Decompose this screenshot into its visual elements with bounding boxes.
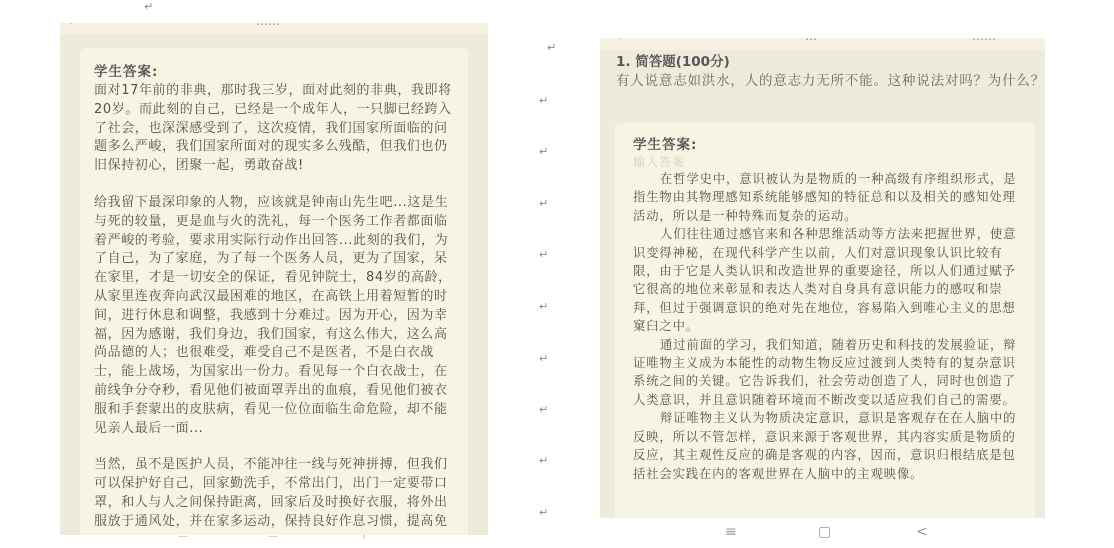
paragraph-mark: ↵ <box>539 404 548 416</box>
paragraph-mark: ↵ <box>539 146 548 158</box>
android-navbar: ≡ ▢ < <box>600 518 1045 548</box>
answer-paragraph: 通过前面的学习，我们知道，随着历史和科技的发展验证，辩证唯物主义成为本能性的动物… <box>633 336 1017 410</box>
left-topbar: ‹ — …… <box>60 23 488 34</box>
topbar-title: … <box>805 38 817 43</box>
left-navbar-cropped: — — ‹ <box>60 535 490 548</box>
answer-paragraph: 给我留下最深印象的人物，应该就是钟南山先生吧...这是生与死的较量，更是血与火的… <box>94 194 454 438</box>
answer-paragraph: 人们往往通过感官来和各种思维活动等方法来把握世界，使意识变得神秘，在现代科学产生… <box>633 225 1017 335</box>
paragraph-mark: ↵ <box>144 1 153 13</box>
student-answer-card: 学生答案: 输入答案 在哲学史中，意识被认为是物质的一种高级有序组织形式，是指生… <box>615 123 1035 518</box>
topbar-title: — …… <box>240 23 280 28</box>
right-question-screenshot: ‹ … …… 1. 简答题(100分) 有人说意志如洪水，人的意志力无所不能。这… <box>600 38 1045 518</box>
back-icon[interactable]: ‹ <box>616 38 621 43</box>
paragraph-mark: ↵ <box>539 198 548 210</box>
answer-input-placeholder[interactable]: 输入答案 <box>633 153 1017 170</box>
paragraph-mark: ↵ <box>539 353 548 365</box>
answer-label: 学生答案: <box>633 133 1017 153</box>
home-icon: — <box>268 531 278 542</box>
answer-paragraph: 在哲学史中，意识被认为是物质的一种高级有序组织形式，是指生物由其物理感知系统能够… <box>633 170 1017 225</box>
paragraph-mark: ↵ <box>539 455 548 467</box>
answer-label: 学生答案: <box>94 60 454 80</box>
back-icon[interactable]: ‹ <box>68 23 73 28</box>
student-answer-card: 学生答案: 面对17年前的非典，那时我三岁，面对此刻的非典，我即将20岁。而此刻… <box>80 48 468 535</box>
back-icon: ‹ <box>362 531 366 542</box>
answer-paragraph: 辩证唯物主义认为物质决定意识，意识是客观存在在人脑中的反映，所以不管怎样，意识来… <box>633 409 1017 483</box>
right-topbar: ‹ … …… <box>600 38 1045 50</box>
answer-paragraph: 当然，虽不是医护人员，不能冲往一线与死神拼搏，但我们可以保护好自己，回家勤洗手，… <box>94 456 454 531</box>
paragraph-mark: ↵ <box>539 507 548 519</box>
answer-paragraph: 面对17年前的非典，那时我三岁，面对此刻的非典，我即将20岁。而此刻的自己，已经… <box>94 82 454 176</box>
paragraph-mark: ↵ <box>539 249 548 261</box>
question-header: 1. 简答题(100分) <box>616 50 730 70</box>
left-answer-screenshot: ‹ — …… 学生答案: 面对17年前的非典，那时我三岁，面对此刻的非典，我即将… <box>60 23 488 535</box>
question-text: 有人说意志如洪水，人的意志力无所不能。这种说法对吗？为什么？ <box>616 72 1045 91</box>
paragraph-mark: ↵ <box>539 95 548 107</box>
paragraph-mark: ↵ <box>547 42 556 54</box>
back-icon[interactable]: < <box>916 524 928 540</box>
topbar-action-link[interactable]: …… <box>972 38 996 43</box>
menu-icon: — <box>178 531 188 542</box>
paragraph-mark: ↵ <box>539 301 548 313</box>
menu-icon[interactable]: ≡ <box>725 524 737 540</box>
home-icon[interactable]: ▢ <box>818 524 831 540</box>
